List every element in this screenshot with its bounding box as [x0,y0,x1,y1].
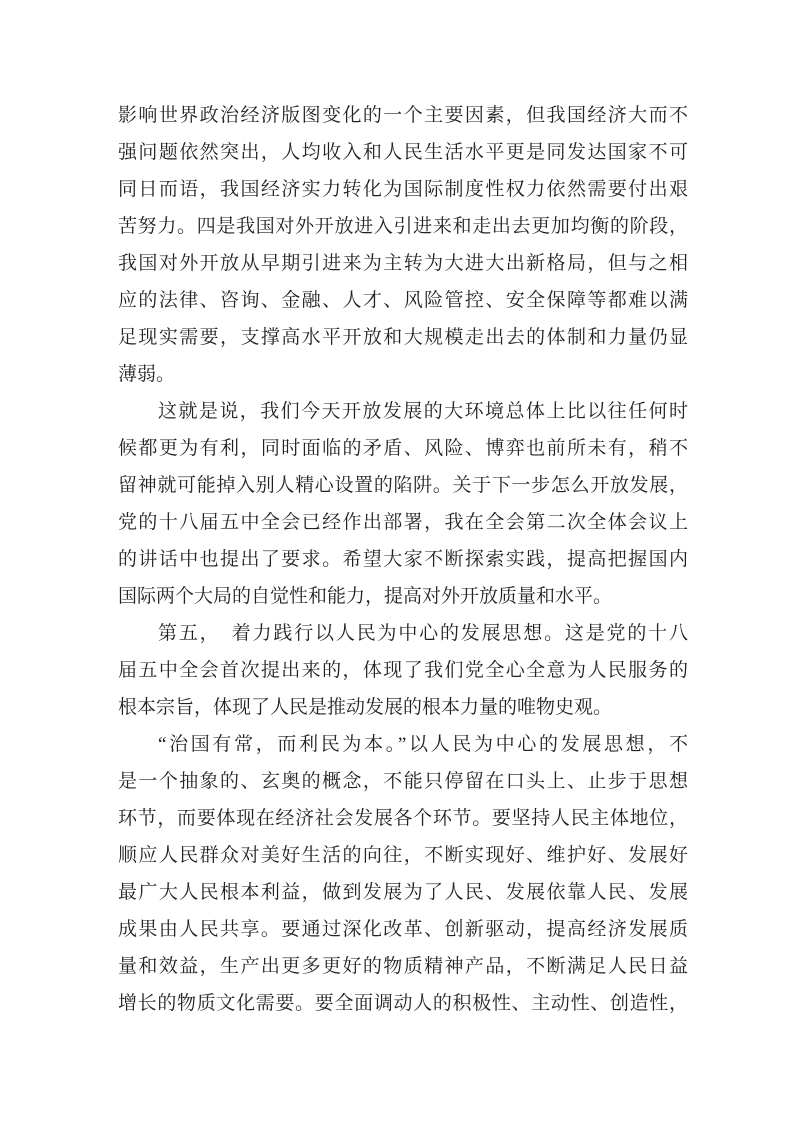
text-line: 应的法律、咨询、金融、人才、风险管控、安全保障等都难以满 [118,282,688,319]
text-line: 最广大人民根本利益，做到发展为了人民、发展依靠人民、发展 [118,874,688,911]
document-page: 影响世界政治经济版图变化的一个主要因素，但我国经济大而不强问题依然突出，人均收入… [0,0,793,1122]
text-line: 我国对外开放从早期引进来为主转为大进大出新格局，但与之相 [118,245,688,282]
text-line: 量和效益，生产出更多更好的物质精神产品，不断满足人民日益 [118,948,688,985]
text-line: 的讲话中也提出了要求。希望大家不断探索实践，提高把握国内 [118,541,688,578]
text-line: 党的十八届五中全会已经作出部署，我在全会第二次全体会议上 [118,504,688,541]
paragraph: “治国有常，而利民为本。”以人民为中心的发展思想，不是一个抽象的、玄奥的概念，不… [118,726,688,1022]
text-line: 这就是说，我们今天开放发展的大环境总体上比以往任何时 [118,393,688,430]
text-line: 增长的物质文化需要。要全面调动人的积极性、主动性、创造性， [118,985,688,1022]
text-line: “治国有常，而利民为本。”以人民为中心的发展思想，不 [118,726,688,763]
text-line: 国际两个大局的自觉性和能力，提高对外开放质量和水平。 [118,578,688,615]
text-line: 同日而语，我国经济实力转化为国际制度性权力依然需要付出艰 [118,171,688,208]
text-line: 苦努力。四是我国对外开放进入引进来和走出去更加均衡的阶段， [118,208,688,245]
text-line: 薄弱。 [118,356,688,393]
paragraph: 这就是说，我们今天开放发展的大环境总体上比以往任何时候都更为有利，同时面临的矛盾… [118,393,688,615]
text-line: 顺应人民群众对美好生活的向往，不断实现好、维护好、发展好 [118,837,688,874]
paragraph: 第五， 着力践行以人民为中心的发展思想。这是党的十八届五中全会首次提出来的，体现… [118,615,688,726]
text-line: 强问题依然突出，人均收入和人民生活水平更是同发达国家不可 [118,134,688,171]
text-line: 第五， 着力践行以人民为中心的发展思想。这是党的十八 [118,615,688,652]
text-line: 影响世界政治经济版图变化的一个主要因素，但我国经济大而不 [118,97,688,134]
text-line: 留神就可能掉入别人精心设置的陷阱。关于下一步怎么开放发展， [118,467,688,504]
text-line: 足现实需要，支撑高水平开放和大规模走出去的体制和力量仍显 [118,319,688,356]
text-line: 根本宗旨，体现了人民是推动发展的根本力量的唯物史观。 [118,689,688,726]
document-body: 影响世界政治经济版图变化的一个主要因素，但我国经济大而不强问题依然突出，人均收入… [118,97,688,1022]
text-line: 候都更为有利，同时面临的矛盾、风险、博弈也前所未有，稍不 [118,430,688,467]
text-line: 届五中全会首次提出来的，体现了我们党全心全意为人民服务的 [118,652,688,689]
text-line: 是一个抽象的、玄奥的概念，不能只停留在口头上、止步于思想 [118,763,688,800]
text-line: 成果由人民共享。要通过深化改革、创新驱动，提高经济发展质 [118,911,688,948]
paragraph: 影响世界政治经济版图变化的一个主要因素，但我国经济大而不强问题依然突出，人均收入… [118,97,688,393]
text-line: 环节，而要体现在经济社会发展各个环节。要坚持人民主体地位， [118,800,688,837]
